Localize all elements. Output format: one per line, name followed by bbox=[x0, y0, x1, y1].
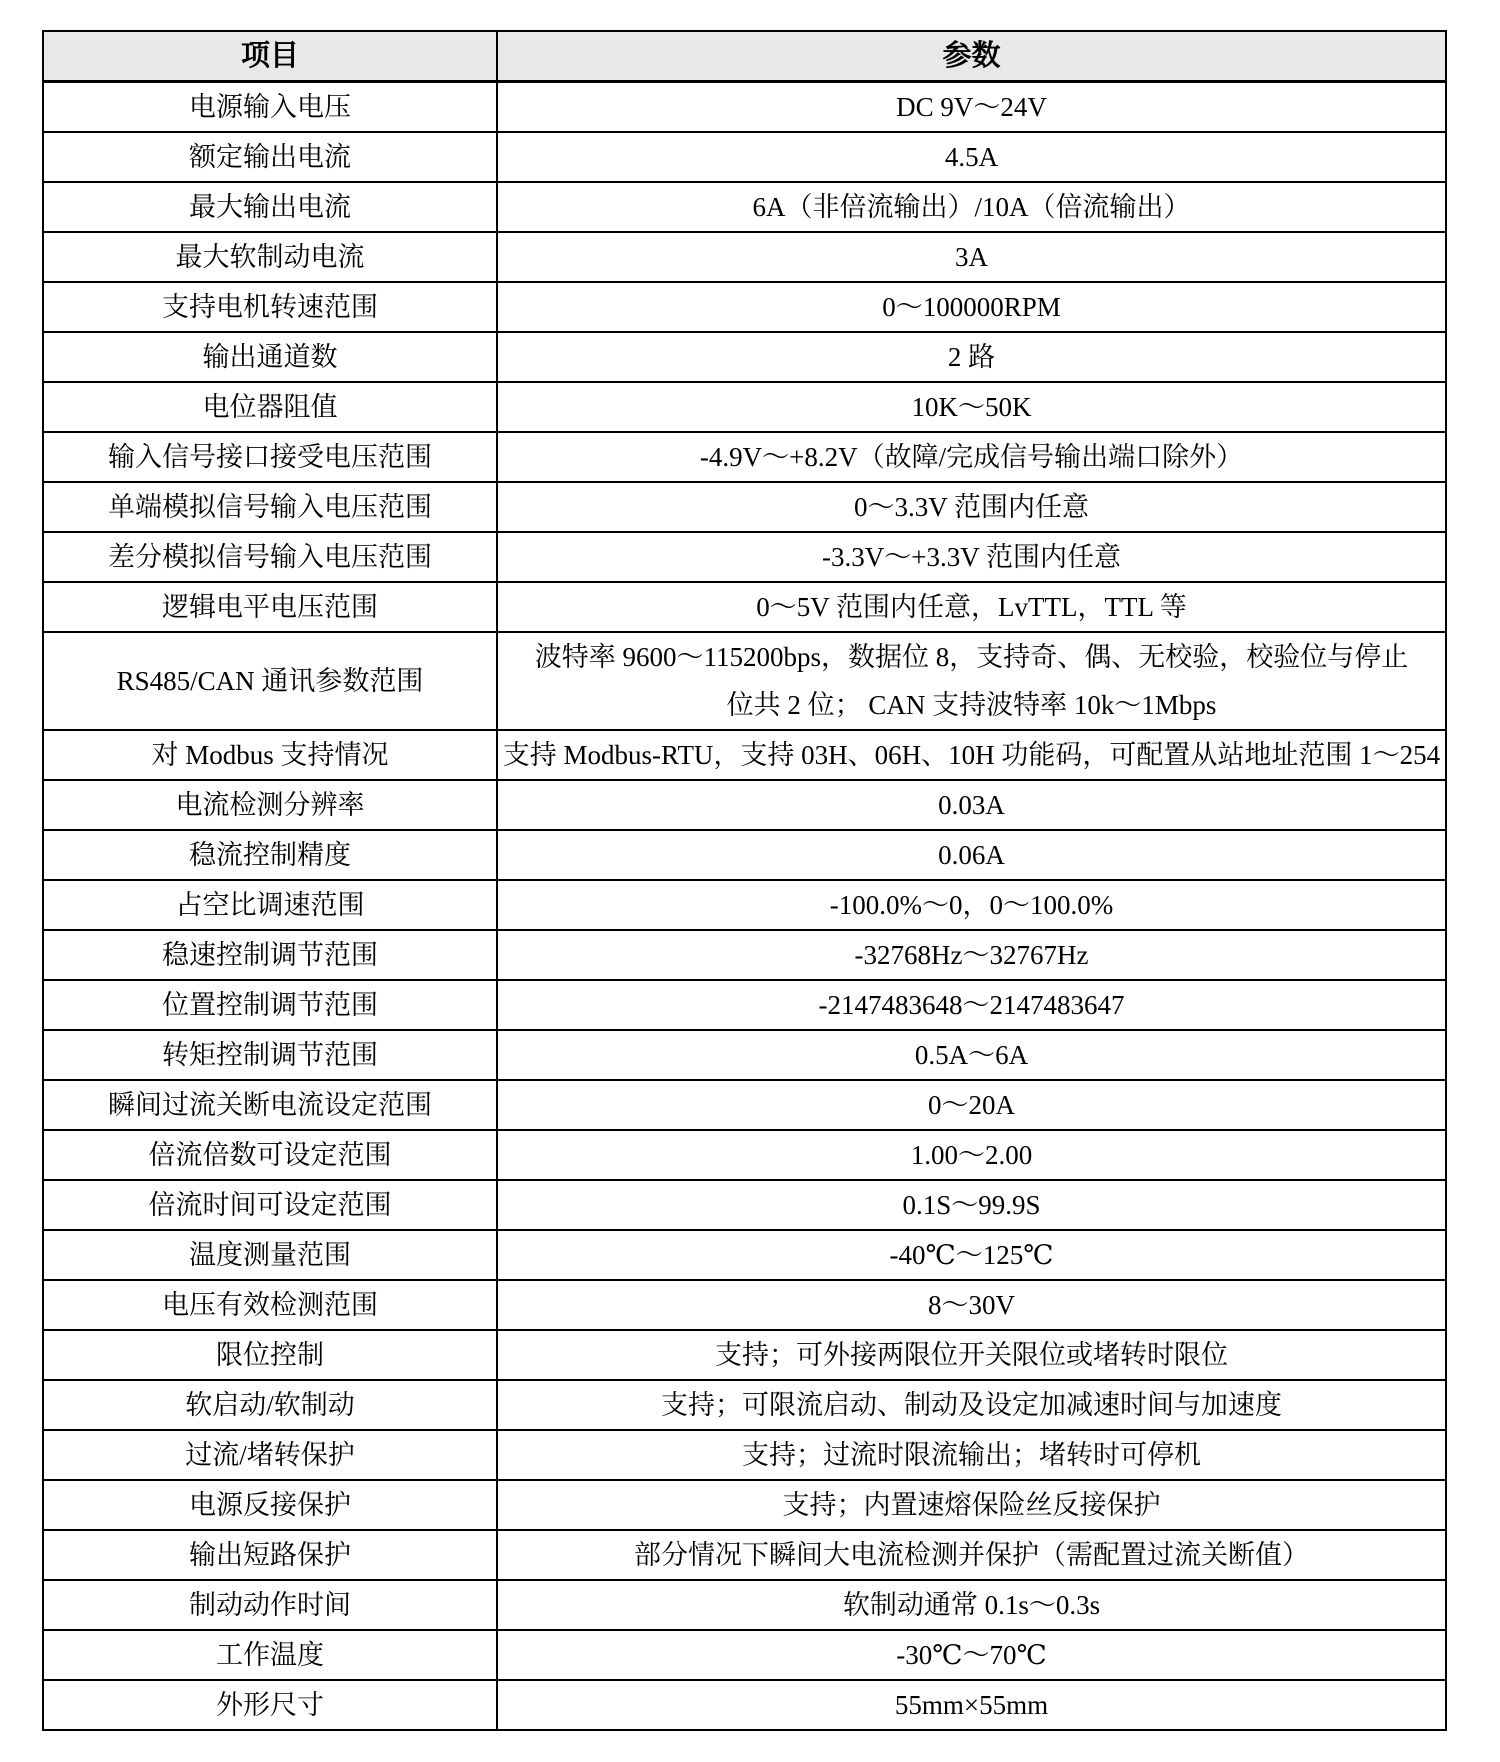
table-row: 最大输出电流6A（非倍流输出）/10A（倍流输出） bbox=[43, 182, 1446, 232]
table-row: 电流检测分辨率0.03A bbox=[43, 780, 1446, 830]
parameter-cell: 1.00～2.00 bbox=[497, 1130, 1446, 1180]
item-cell: 外形尺寸 bbox=[43, 1680, 497, 1730]
item-cell: RS485/CAN 通讯参数范围 bbox=[43, 632, 497, 730]
table-row: 最大软制动电流3A bbox=[43, 232, 1446, 282]
table-row: 电位器阻值10K～50K bbox=[43, 382, 1446, 432]
parameter-cell: -40℃～125℃ bbox=[497, 1230, 1446, 1280]
item-cell: 位置控制调节范围 bbox=[43, 980, 497, 1030]
table-row: 额定输出电流4.5A bbox=[43, 132, 1446, 182]
table-row: 电源输入电压DC 9V～24V bbox=[43, 82, 1446, 133]
parameter-cell: -2147483648～2147483647 bbox=[497, 980, 1446, 1030]
item-cell: 输出短路保护 bbox=[43, 1530, 497, 1580]
item-cell: 最大输出电流 bbox=[43, 182, 497, 232]
parameter-cell: DC 9V～24V bbox=[497, 82, 1446, 133]
parameter-cell: 支持；内置速熔保险丝反接保护 bbox=[497, 1480, 1446, 1530]
item-cell: 稳流控制精度 bbox=[43, 830, 497, 880]
parameter-cell: 软制动通常 0.1s～0.3s bbox=[497, 1580, 1446, 1630]
table-row: 倍流倍数可设定范围1.00～2.00 bbox=[43, 1130, 1446, 1180]
item-cell: 占空比调速范围 bbox=[43, 880, 497, 930]
table-row: 制动动作时间软制动通常 0.1s～0.3s bbox=[43, 1580, 1446, 1630]
parameter-cell: -3.3V～+3.3V 范围内任意 bbox=[497, 532, 1446, 582]
item-cell: 稳速控制调节范围 bbox=[43, 930, 497, 980]
parameter-cell: -4.9V～+8.2V（故障/完成信号输出端口除外） bbox=[497, 432, 1446, 482]
item-cell: 转矩控制调节范围 bbox=[43, 1030, 497, 1080]
item-cell: 电流检测分辨率 bbox=[43, 780, 497, 830]
table-row: 软启动/软制动支持；可限流启动、制动及设定加减速时间与加速度 bbox=[43, 1380, 1446, 1430]
table-row: RS485/CAN 通讯参数范围波特率 9600～115200bps，数据位 8… bbox=[43, 632, 1446, 730]
item-cell: 差分模拟信号输入电压范围 bbox=[43, 532, 497, 582]
header-row: 项目 参数 bbox=[43, 31, 1446, 82]
parameter-cell: 6A（非倍流输出）/10A（倍流输出） bbox=[497, 182, 1446, 232]
spec-table: 项目 参数 电源输入电压DC 9V～24V额定输出电流4.5A最大输出电流6A（… bbox=[42, 30, 1447, 1731]
parameter-cell: -100.0%～0，0～100.0% bbox=[497, 880, 1446, 930]
item-cell: 软启动/软制动 bbox=[43, 1380, 497, 1430]
parameter-cell: 0～3.3V 范围内任意 bbox=[497, 482, 1446, 532]
parameter-cell: 支持；过流时限流输出；堵转时可停机 bbox=[497, 1430, 1446, 1480]
parameter-cell: 0.5A～6A bbox=[497, 1030, 1446, 1080]
table-row: 瞬间过流关断电流设定范围0～20A bbox=[43, 1080, 1446, 1130]
item-cell: 工作温度 bbox=[43, 1630, 497, 1680]
item-cell: 电位器阻值 bbox=[43, 382, 497, 432]
table-row: 温度测量范围-40℃～125℃ bbox=[43, 1230, 1446, 1280]
parameter-cell: 0.06A bbox=[497, 830, 1446, 880]
item-cell: 输入信号接口接受电压范围 bbox=[43, 432, 497, 482]
table-row: 输入信号接口接受电压范围-4.9V～+8.2V（故障/完成信号输出端口除外） bbox=[43, 432, 1446, 482]
parameter-cell: 支持 Modbus-RTU，支持 03H、06H、10H 功能码，可配置从站地址… bbox=[497, 730, 1446, 780]
table-row: 输出短路保护部分情况下瞬间大电流检测并保护（需配置过流关断值） bbox=[43, 1530, 1446, 1580]
table-row: 电压有效检测范围8～30V bbox=[43, 1280, 1446, 1330]
table-row: 输出通道数2 路 bbox=[43, 332, 1446, 382]
spec-table-body: 电源输入电压DC 9V～24V额定输出电流4.5A最大输出电流6A（非倍流输出）… bbox=[43, 82, 1446, 1731]
table-row: 差分模拟信号输入电压范围-3.3V～+3.3V 范围内任意 bbox=[43, 532, 1446, 582]
table-row: 外形尺寸55mm×55mm bbox=[43, 1680, 1446, 1730]
table-row: 稳速控制调节范围-32768Hz～32767Hz bbox=[43, 930, 1446, 980]
item-cell: 支持电机转速范围 bbox=[43, 282, 497, 332]
item-cell: 电源输入电压 bbox=[43, 82, 497, 133]
table-row: 过流/堵转保护支持；过流时限流输出；堵转时可停机 bbox=[43, 1430, 1446, 1480]
table-row: 转矩控制调节范围0.5A～6A bbox=[43, 1030, 1446, 1080]
parameter-cell: 0.03A bbox=[497, 780, 1446, 830]
parameter-cell: -30℃～70℃ bbox=[497, 1630, 1446, 1680]
parameter-cell: 波特率 9600～115200bps，数据位 8，支持奇、偶、无校验，校验位与停… bbox=[497, 632, 1446, 730]
table-row: 倍流时间可设定范围0.1S～99.9S bbox=[43, 1180, 1446, 1230]
item-cell: 逻辑电平电压范围 bbox=[43, 582, 497, 632]
parameter-cell: 0～100000RPM bbox=[497, 282, 1446, 332]
item-column-header: 项目 bbox=[43, 31, 497, 82]
document-page: 项目 参数 电源输入电压DC 9V～24V额定输出电流4.5A最大输出电流6A（… bbox=[0, 0, 1500, 1762]
item-cell: 温度测量范围 bbox=[43, 1230, 497, 1280]
item-cell: 电压有效检测范围 bbox=[43, 1280, 497, 1330]
table-row: 限位控制支持；可外接两限位开关限位或堵转时限位 bbox=[43, 1330, 1446, 1380]
parameter-cell: 3A bbox=[497, 232, 1446, 282]
table-row: 逻辑电平电压范围0～5V 范围内任意，LvTTL，TTL 等 bbox=[43, 582, 1446, 632]
spec-table-header: 项目 参数 bbox=[43, 31, 1446, 82]
parameter-cell: 0～5V 范围内任意，LvTTL，TTL 等 bbox=[497, 582, 1446, 632]
table-row: 支持电机转速范围0～100000RPM bbox=[43, 282, 1446, 332]
item-cell: 过流/堵转保护 bbox=[43, 1430, 497, 1480]
item-cell: 单端模拟信号输入电压范围 bbox=[43, 482, 497, 532]
item-cell: 对 Modbus 支持情况 bbox=[43, 730, 497, 780]
table-row: 稳流控制精度0.06A bbox=[43, 830, 1446, 880]
item-cell: 限位控制 bbox=[43, 1330, 497, 1380]
item-cell: 输出通道数 bbox=[43, 332, 497, 382]
parameter-cell: 0～20A bbox=[497, 1080, 1446, 1130]
parameter-cell: 4.5A bbox=[497, 132, 1446, 182]
parameter-cell: 55mm×55mm bbox=[497, 1680, 1446, 1730]
item-cell: 电源反接保护 bbox=[43, 1480, 497, 1530]
parameter-cell: 部分情况下瞬间大电流检测并保护（需配置过流关断值） bbox=[497, 1530, 1446, 1580]
table-row: 对 Modbus 支持情况支持 Modbus-RTU，支持 03H、06H、10… bbox=[43, 730, 1446, 780]
item-cell: 最大软制动电流 bbox=[43, 232, 497, 282]
table-row: 电源反接保护支持；内置速熔保险丝反接保护 bbox=[43, 1480, 1446, 1530]
parameter-cell: 0.1S～99.9S bbox=[497, 1180, 1446, 1230]
parameter-cell: 2 路 bbox=[497, 332, 1446, 382]
parameter-column-header: 参数 bbox=[497, 31, 1446, 82]
item-cell: 额定输出电流 bbox=[43, 132, 497, 182]
item-cell: 倍流时间可设定范围 bbox=[43, 1180, 497, 1230]
item-cell: 制动动作时间 bbox=[43, 1580, 497, 1630]
parameter-cell: 支持；可限流启动、制动及设定加减速时间与加速度 bbox=[497, 1380, 1446, 1430]
item-cell: 倍流倍数可设定范围 bbox=[43, 1130, 497, 1180]
table-row: 单端模拟信号输入电压范围0～3.3V 范围内任意 bbox=[43, 482, 1446, 532]
parameter-cell: -32768Hz～32767Hz bbox=[497, 930, 1446, 980]
table-row: 占空比调速范围-100.0%～0，0～100.0% bbox=[43, 880, 1446, 930]
parameter-cell: 8～30V bbox=[497, 1280, 1446, 1330]
parameter-cell: 支持；可外接两限位开关限位或堵转时限位 bbox=[497, 1330, 1446, 1380]
table-row: 工作温度-30℃～70℃ bbox=[43, 1630, 1446, 1680]
parameter-cell: 10K～50K bbox=[497, 382, 1446, 432]
table-row: 位置控制调节范围-2147483648～2147483647 bbox=[43, 980, 1446, 1030]
item-cell: 瞬间过流关断电流设定范围 bbox=[43, 1080, 497, 1130]
